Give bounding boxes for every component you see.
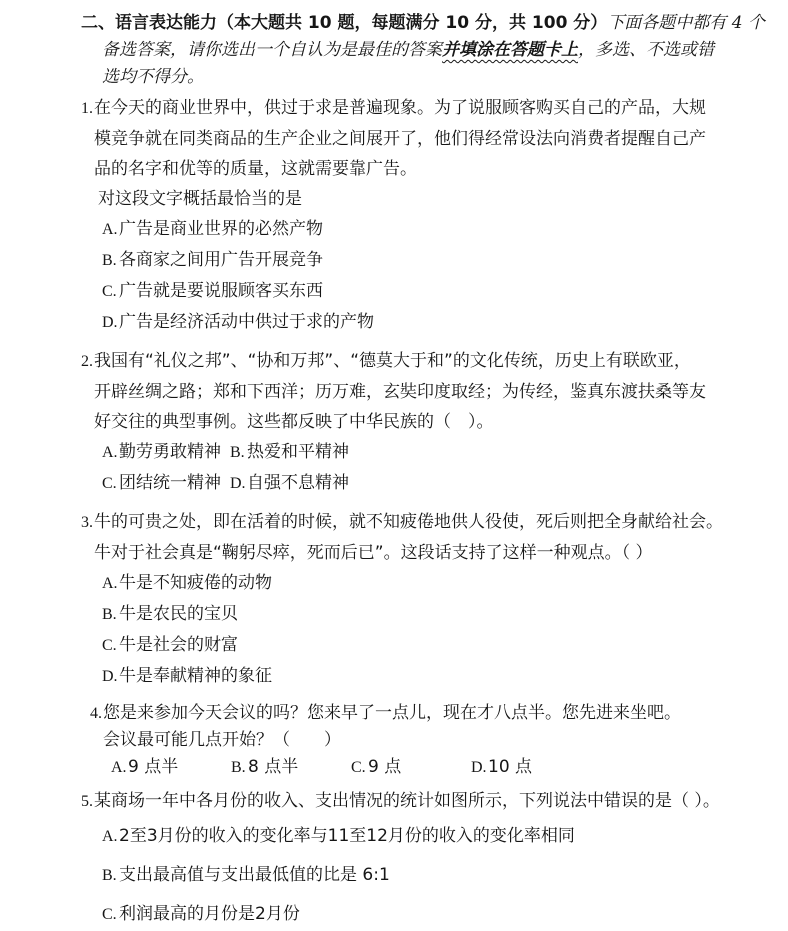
stem-line: 牛对于社会真是“鞠躬尽瘁，死而后已”。这段话支持了这样一种观点。（ ） (94, 543, 653, 563)
option-b: B.8 点半 (231, 753, 351, 782)
stem-line: 某商场一年中各月份的收入、支出情况的统计如图所示，下列说法中错误的是（ ）。 (94, 791, 720, 811)
question-sub-stem: 对这段文字概括最恰当的是 (98, 184, 758, 214)
option-text: 9 点半 (128, 757, 178, 777)
section-header-line-1: 二、语言表达能力（本大题共 10 题，每题满分 10 分，共 100 分）下面各… (81, 10, 758, 37)
option-label: D. (230, 468, 247, 499)
section-header-line-3: 选均不得分。 (102, 64, 758, 91)
exam-page: 二、语言表达能力（本大题共 10 题，每题满分 10 分，共 100 分）下面各… (0, 0, 788, 931)
question-stem: 1.在今天的商业世界中，供过于求是普遍现象。为了说服顾客购买自己的产品，大规模竞… (81, 93, 758, 184)
option-a: A.勤劳勇敢精神 (102, 437, 230, 468)
option-label: B. (230, 437, 247, 468)
option-c: C.牛是社会的财富 (102, 630, 758, 661)
option-text: 勤劳勇敢精神 (119, 442, 221, 462)
option-b: B.支出最高值与支出最低值的比是 6:1 (102, 856, 758, 895)
option-text: 自强不息精神 (247, 473, 349, 493)
option-text: 广告就是要说服顾客买东西 (119, 281, 323, 301)
option-label: C. (102, 630, 119, 661)
question-list: 1.在今天的商业世界中，供过于求是普遍现象。为了说服顾客购买自己的产品，大规模竞… (81, 93, 758, 931)
option-label: C. (102, 896, 119, 931)
option-text: 团结统一精神 (119, 473, 221, 493)
option-b: B.热爱和平精神 (230, 437, 758, 468)
option-label: A. (111, 754, 128, 782)
options: A.勤劳勇敢精神B.热爱和平精神C.团结统一精神D.自强不息精神 (102, 437, 758, 499)
stem-line: 牛的可贵之处，即在活着的时候，就不知疲倦地供人役使，死后则把全身献给社会。 (94, 512, 723, 532)
option-label: B. (102, 599, 119, 630)
option-text: 10 点 (488, 757, 532, 777)
options: A.广告是商业世界的必然产物B.各商家之间用广告开展竞争C.广告就是要说服顾客买… (102, 214, 758, 338)
option-text: 利润最高的月份是2月份 (119, 904, 300, 924)
option-label: D. (102, 661, 119, 692)
option-label: B. (102, 245, 119, 276)
option-text: 牛是奉献精神的象征 (119, 666, 272, 686)
option-text: 牛是社会的财富 (119, 635, 238, 655)
option-d: D.牛是奉献精神的象征 (102, 661, 758, 692)
question-3: 3.牛的可贵之处，即在活着的时候，就不知疲倦地供人役使，死后则把全身献给社会。牛… (81, 507, 758, 692)
option-text: 支出最高值与支出最低值的比是 6:1 (119, 865, 390, 885)
option-c: C.9 点 (351, 753, 471, 782)
question-4: 4.您是来参加今天会议的吗？您来早了一点儿，现在才八点半。您先进来坐吧。会议最可… (90, 700, 758, 782)
option-text: 8 点半 (248, 757, 298, 777)
question-stem: 4.您是来参加今天会议的吗？您来早了一点儿，现在才八点半。您先进来坐吧。会议最可… (90, 700, 758, 753)
section-title: 二、语言表达能力（本大题共 10 题，每题满分 10 分，共 100 分） (81, 13, 607, 33)
option-a: A.9 点半 (111, 753, 231, 782)
options: A.9 点半B.8 点半C.9 点D.10 点 (111, 753, 758, 782)
stem-line: 我国有“礼仪之邦”、“协和万邦”、“德莫大于和”的文化传统，历史上有联欧亚， (94, 351, 691, 371)
question-5: 5.某商场一年中各月份的收入、支出情况的统计如图所示，下列说法中错误的是（ ）。… (81, 786, 758, 931)
option-c: C.利润最高的月份是2月份 (102, 895, 758, 931)
question-stem: 2.我国有“礼仪之邦”、“协和万邦”、“德莫大于和”的文化传统，历史上有联欧亚，… (81, 346, 758, 437)
question-number: 2. (81, 347, 94, 377)
stem-line: 开辟丝绸之路；郑和下西洋；历万难，玄奘印度取经；为传经，鉴真东渡扶桑等友 (94, 382, 706, 402)
question-number: 5. (81, 787, 94, 817)
stem-line: 好交往的典型事例。这些都反映了中华民族的（ ）。 (94, 412, 494, 432)
stem-line: 会议最可能几点开始？（ ） (103, 730, 341, 750)
section-instructions: 备选答案，请你选出一个自认为是最佳的答案 (102, 40, 442, 60)
section-instructions: 下面各题中都有 4 个 (607, 13, 765, 33)
option-text: 9 点 (368, 757, 401, 777)
section-header-line-2: 备选答案，请你选出一个自认为是最佳的答案并填涂在答题卡上，多选、不选或错 (102, 37, 758, 64)
answer-sheet-emphasis: 并填涂在答题卡上 (442, 40, 578, 60)
section-instructions: 选均不得分。 (102, 67, 204, 87)
option-label: A. (102, 818, 119, 856)
option-label: B. (102, 857, 119, 895)
option-c: C.广告就是要说服顾客买东西 (102, 276, 758, 307)
option-a: A.广告是商业世界的必然产物 (102, 214, 758, 245)
option-text: 热爱和平精神 (247, 442, 349, 462)
option-label: A. (102, 568, 119, 599)
option-label: A. (102, 214, 119, 245)
option-a: A.牛是不知疲倦的动物 (102, 568, 758, 599)
option-label: B. (231, 754, 248, 782)
option-d: D.广告是经济活动中供过于求的产物 (102, 307, 758, 338)
option-label: D. (471, 754, 488, 782)
option-label: D. (102, 307, 119, 338)
option-b: B.牛是农民的宝贝 (102, 599, 758, 630)
question-number: 4. (90, 701, 103, 727)
options: A.2至3月份的收入的变化率与11至12月份的收入的变化率相同B.支出最高值与支… (102, 817, 758, 931)
option-text: 牛是农民的宝贝 (119, 604, 238, 624)
option-b: B.各商家之间用广告开展竞争 (102, 245, 758, 276)
option-label: C. (102, 468, 119, 499)
section-instructions: ，多选、不选或错 (578, 40, 714, 60)
stem-line: 在今天的商业世界中，供过于求是普遍现象。为了说服顾客购买自己的产品，大规 (94, 98, 706, 118)
option-d: D.自强不息精神 (230, 468, 758, 499)
option-text: 牛是不知疲倦的动物 (119, 573, 272, 593)
option-text: 各商家之间用广告开展竞争 (119, 250, 323, 270)
option-label: C. (351, 754, 368, 782)
option-text: 广告是商业世界的必然产物 (119, 219, 323, 239)
stem-line: 模竞争就在同类商品的生产企业之间展开了，他们得经常设法向消费者提醒自己产 (94, 129, 706, 149)
option-label: C. (102, 276, 119, 307)
option-text: 广告是经济活动中供过于求的产物 (119, 312, 374, 332)
option-c: C.团结统一精神 (102, 468, 230, 499)
question-1: 1.在今天的商业世界中，供过于求是普遍现象。为了说服顾客购买自己的产品，大规模竞… (81, 93, 758, 338)
question-number: 3. (81, 508, 94, 538)
option-text: 2至3月份的收入的变化率与11至12月份的收入的变化率相同 (119, 826, 575, 846)
question-number: 1. (81, 94, 94, 124)
stem-line: 您是来参加今天会议的吗？您来早了一点儿，现在才八点半。您先进来坐吧。 (103, 703, 681, 723)
option-a: A.2至3月份的收入的变化率与11至12月份的收入的变化率相同 (102, 817, 758, 856)
option-d: D.10 点 (471, 753, 532, 782)
question-2: 2.我国有“礼仪之邦”、“协和万邦”、“德莫大于和”的文化传统，历史上有联欧亚，… (81, 346, 758, 499)
options: A.牛是不知疲倦的动物B.牛是农民的宝贝C.牛是社会的财富D.牛是奉献精神的象征 (102, 568, 758, 692)
question-stem: 3.牛的可贵之处，即在活着的时候，就不知疲倦地供人役使，死后则把全身献给社会。牛… (81, 507, 758, 568)
stem-line: 品的名字和优等的质量，这就需要靠广告。 (94, 159, 417, 179)
option-label: A. (102, 437, 119, 468)
section-header: 二、语言表达能力（本大题共 10 题，每题满分 10 分，共 100 分）下面各… (81, 10, 758, 91)
question-stem: 5.某商场一年中各月份的收入、支出情况的统计如图所示，下列说法中错误的是（ ）。 (81, 786, 758, 817)
